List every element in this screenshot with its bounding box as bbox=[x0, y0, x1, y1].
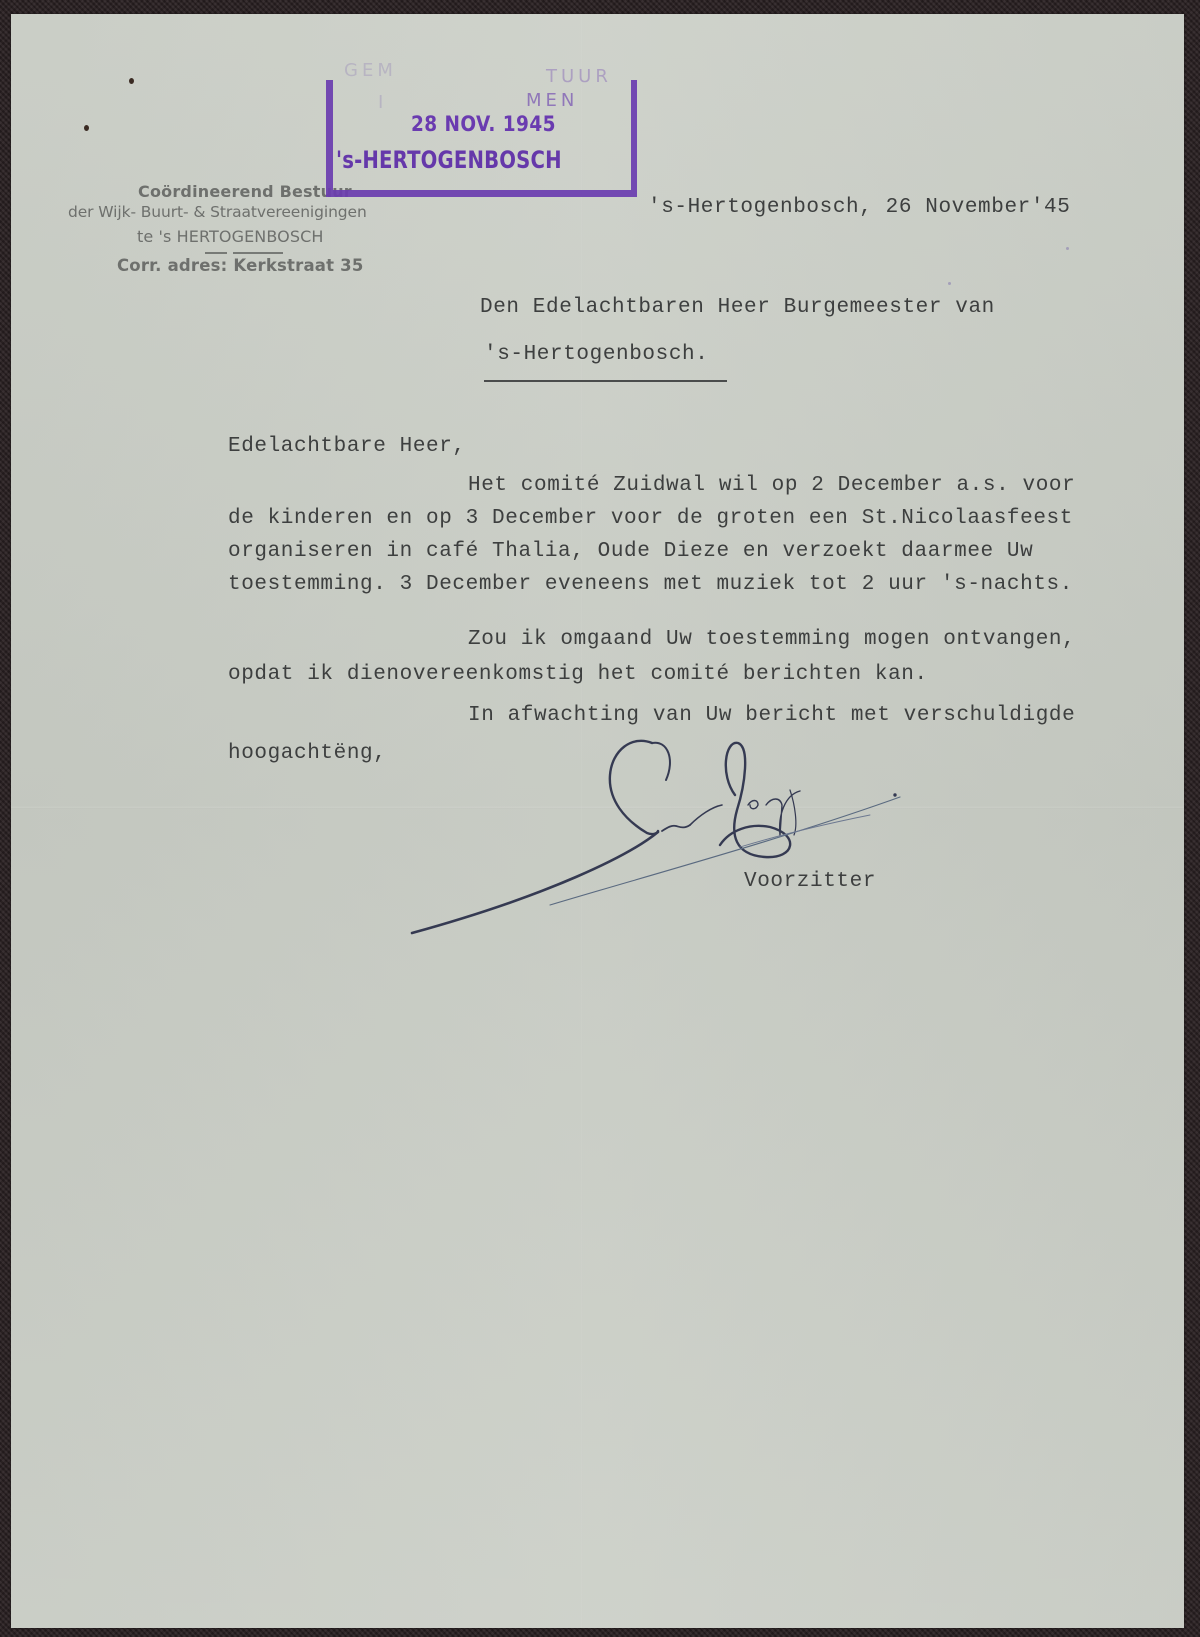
paragraph-line: organiseren in café Thalia, Oude Dieze e… bbox=[228, 541, 1033, 562]
letterhead-divider bbox=[205, 252, 227, 254]
paragraph-line: opdat ik dienovereenkomstig het comité b… bbox=[228, 664, 928, 685]
punch-hole bbox=[129, 78, 134, 84]
stamp-border bbox=[326, 80, 637, 197]
received-stamp: GEM TUUR I MEN 28 NOV. 1945 's-HERTOGENB… bbox=[326, 58, 629, 194]
closing-line: hoogachtëng, bbox=[228, 743, 386, 764]
ink-speck bbox=[948, 282, 951, 285]
salutation: Edelachtbare Heer, bbox=[228, 436, 466, 457]
ink-speck bbox=[1066, 247, 1069, 250]
stamp-faint-text: GEM bbox=[344, 60, 397, 81]
letterhead-organization: Coördineerend Bestuur bbox=[138, 184, 352, 200]
letterhead-subtitle: der Wijk- Buurt- & Straatvereenigingen bbox=[68, 205, 367, 221]
paragraph-line: de kinderen en op 3 December voor de gro… bbox=[228, 508, 1073, 529]
stamp-date: 28 NOV. 1945 bbox=[411, 112, 556, 136]
handwritten-signature bbox=[400, 735, 920, 945]
signatory-role: Voorzitter bbox=[744, 871, 876, 892]
place-date: 's-Hertogenbosch, 26 November'45 bbox=[648, 197, 1070, 218]
addressee-underline bbox=[484, 380, 727, 382]
closing-line: In afwachting van Uw bericht met verschu… bbox=[468, 705, 1075, 726]
paragraph-line: Zou ik omgaand Uw toestemming mogen ontv… bbox=[468, 629, 1075, 650]
letterhead-city: te 's HERTOGENBOSCH bbox=[137, 229, 324, 245]
addressee-line-1: Den Edelachtbaren Heer Burgemeester van bbox=[480, 297, 995, 318]
addressee-line-2: 's-Hertogenbosch. bbox=[484, 344, 708, 365]
letterhead-divider bbox=[233, 252, 283, 254]
punch-hole bbox=[84, 125, 89, 131]
paragraph-line: Het comité Zuidwal wil op 2 December a.s… bbox=[468, 475, 1075, 496]
paragraph-line: toestemming. 3 December eveneens met muz… bbox=[228, 574, 1073, 595]
letterhead-address: Corr. adres: Kerkstraat 35 bbox=[117, 258, 364, 275]
stamp-city: 's-HERTOGENBOSCH bbox=[336, 146, 562, 174]
